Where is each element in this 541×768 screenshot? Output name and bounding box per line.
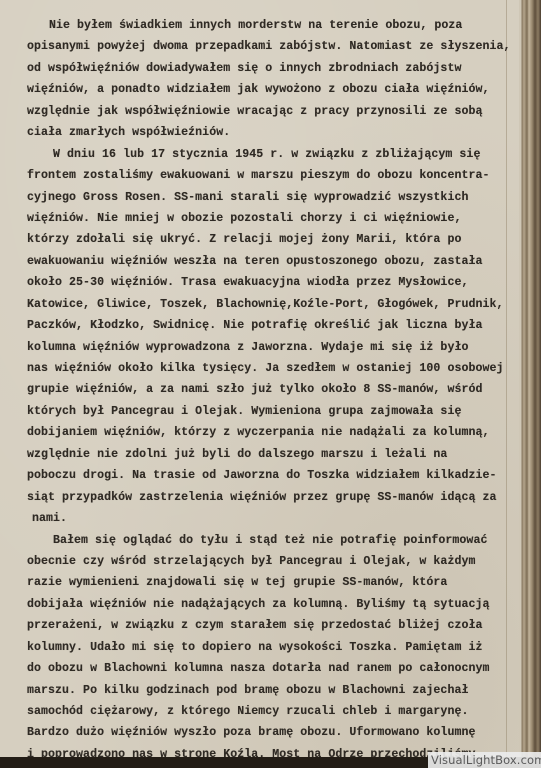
text-line: Nie byłem świadkiem innych morderstw na … xyxy=(27,15,507,36)
text-line: frontem zostaliśmy ewakuowani w marszu p… xyxy=(27,165,507,186)
document-text: Nie byłem świadkiem innych morderstw na … xyxy=(27,15,507,765)
page-binding-edge xyxy=(519,0,541,757)
text-line: opisanymi powyżej dwoma przepadkami zabó… xyxy=(27,36,507,57)
text-line: dobijała więźniów nie nadążających za ko… xyxy=(27,594,507,615)
text-line: więźniów, a ponadto widziałem jak wywożo… xyxy=(27,79,507,100)
text-line: około 25-30 więźniów. Trasa ewakuacyjna … xyxy=(27,272,507,293)
text-line: dobijaniem więźniów, którzy z wyczerpani… xyxy=(27,422,507,443)
text-line: do obozu w Blachowni kolumna nasza dotar… xyxy=(27,658,507,679)
text-line: siąt przypadków zastrzelenia więźniów pr… xyxy=(27,487,507,508)
document-viewport: Nie byłem świadkiem innych morderstw na … xyxy=(0,0,541,768)
text-line: ciała zmarłych współwieźniów. xyxy=(27,122,507,143)
watermark-link[interactable]: VisualLightBox.com xyxy=(428,752,541,768)
text-line: nas więźniów około kilka tysięcy. Ja sze… xyxy=(27,358,507,379)
text-line: Bardzo dużo więźniów wyszło poza bramę o… xyxy=(27,722,507,743)
text-line: grupie więźniów, a za nami szło już tylk… xyxy=(27,379,507,400)
typewritten-page: Nie byłem świadkiem innych morderstw na … xyxy=(0,0,519,757)
text-line: marszu. Po kilku godzinach pod bramę obo… xyxy=(27,680,507,701)
text-line: Paczków, Kłodzko, Swidnicę. Nie potrafię… xyxy=(27,315,507,336)
text-line: poboczu drogi. Na trasie od Jaworzna do … xyxy=(27,465,507,486)
text-line: względnie nie zdolni już byli do dalszeg… xyxy=(27,444,507,465)
text-line: przerażeni, w związku z czym starałem si… xyxy=(27,615,507,636)
text-line: których był Pancegrau i Olejak. Wymienio… xyxy=(27,401,507,422)
text-line: cyjnego Gross Rosen. SS-mani starali się… xyxy=(27,187,507,208)
text-line: nami. xyxy=(27,508,507,529)
text-line: obecnie czy wśród strzelających był Panc… xyxy=(27,551,507,572)
text-line: kolumny. Udało mi się to dopiero na wyso… xyxy=(27,637,507,658)
text-line: którzy zdołali się ukryć. Z relacji moje… xyxy=(27,229,507,250)
text-line: Katowice, Gliwice, Toszek, Blachownię,Ko… xyxy=(27,294,507,315)
text-line: samochód ciężarowy, z którego Niemcy rzu… xyxy=(27,701,507,722)
text-line: więźniów. Nie mniej w obozie pozostali c… xyxy=(27,208,507,229)
text-line: ewakuowaniu więźniów weszła na teren opu… xyxy=(27,251,507,272)
text-line: względnie jak współwięźniowie wracając z… xyxy=(27,101,507,122)
text-line: Bałem się oglądać do tyłu i stąd też nie… xyxy=(27,530,507,551)
text-line: razie wymienieni znajdowali się w tej gr… xyxy=(27,572,507,593)
text-line: od współwięźniów dowiadywałem się o inny… xyxy=(27,58,507,79)
text-line: W dniu 16 lub 17 stycznia 1945 r. w zwią… xyxy=(27,144,507,165)
text-line: kolumna więźniów wyprowadzona z Jaworzna… xyxy=(27,337,507,358)
